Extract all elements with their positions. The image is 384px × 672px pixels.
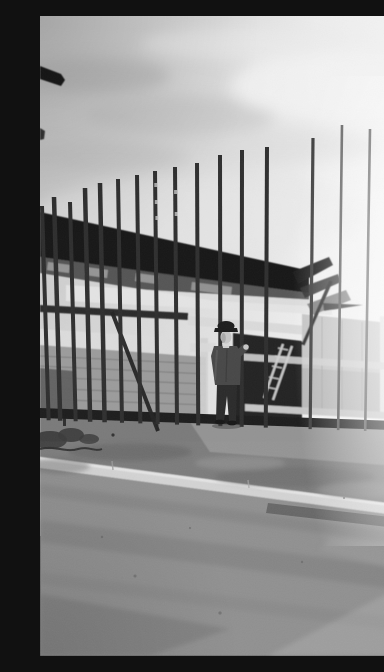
film-grain xyxy=(40,16,384,656)
photo-canvas xyxy=(40,16,384,656)
construction-site-photograph xyxy=(40,16,384,656)
